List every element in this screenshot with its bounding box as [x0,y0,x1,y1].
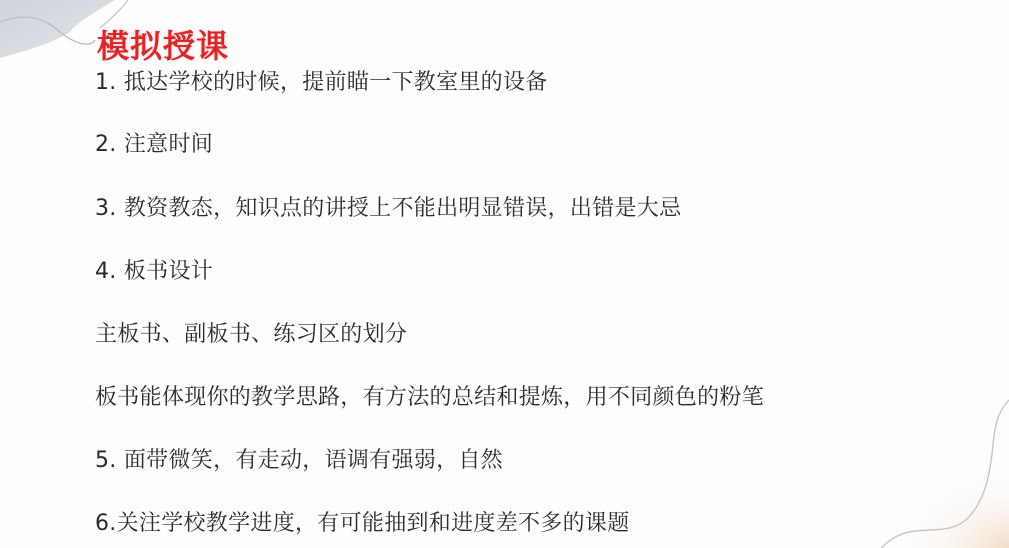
slide-title: 模拟授课 [97,28,229,64]
corner-curve-line [0,17,95,44]
corner-curve-line [881,400,1009,548]
list-item: 板书能体现你的教学思路，有方法的总结和提炼，用不同颜色的粉笔 [95,384,764,412]
list-item: 6.关注学校教学进度，有可能抽到和进度差不多的课题 [95,510,630,538]
list-item: 4. 板书设计 [95,258,213,286]
list-item: 3. 教资教态，知识点的讲授上不能出明显错误，出错是大忌 [95,195,681,223]
list-item: 主板书、副板书、练习区的划分 [95,321,407,349]
corner-curve-line [100,0,128,28]
list-item: 1. 抵达学校的时候，提前瞄一下教室里的设备 [95,69,548,97]
list-item: 2. 注意时间 [95,131,213,159]
list-item: 5. 面带微笑，有走动，语调有强弱，自然 [95,447,503,475]
